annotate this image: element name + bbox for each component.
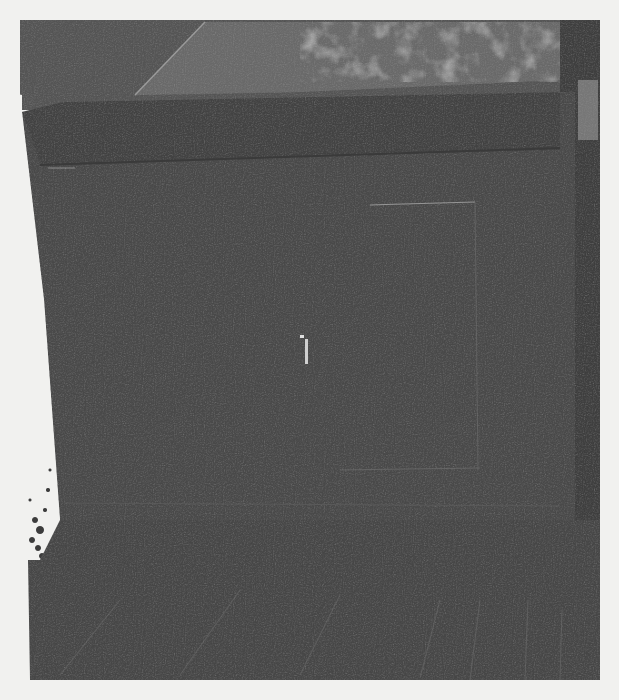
chest	[22, 92, 575, 520]
floor	[28, 520, 600, 680]
scanned-photo	[0, 0, 619, 700]
